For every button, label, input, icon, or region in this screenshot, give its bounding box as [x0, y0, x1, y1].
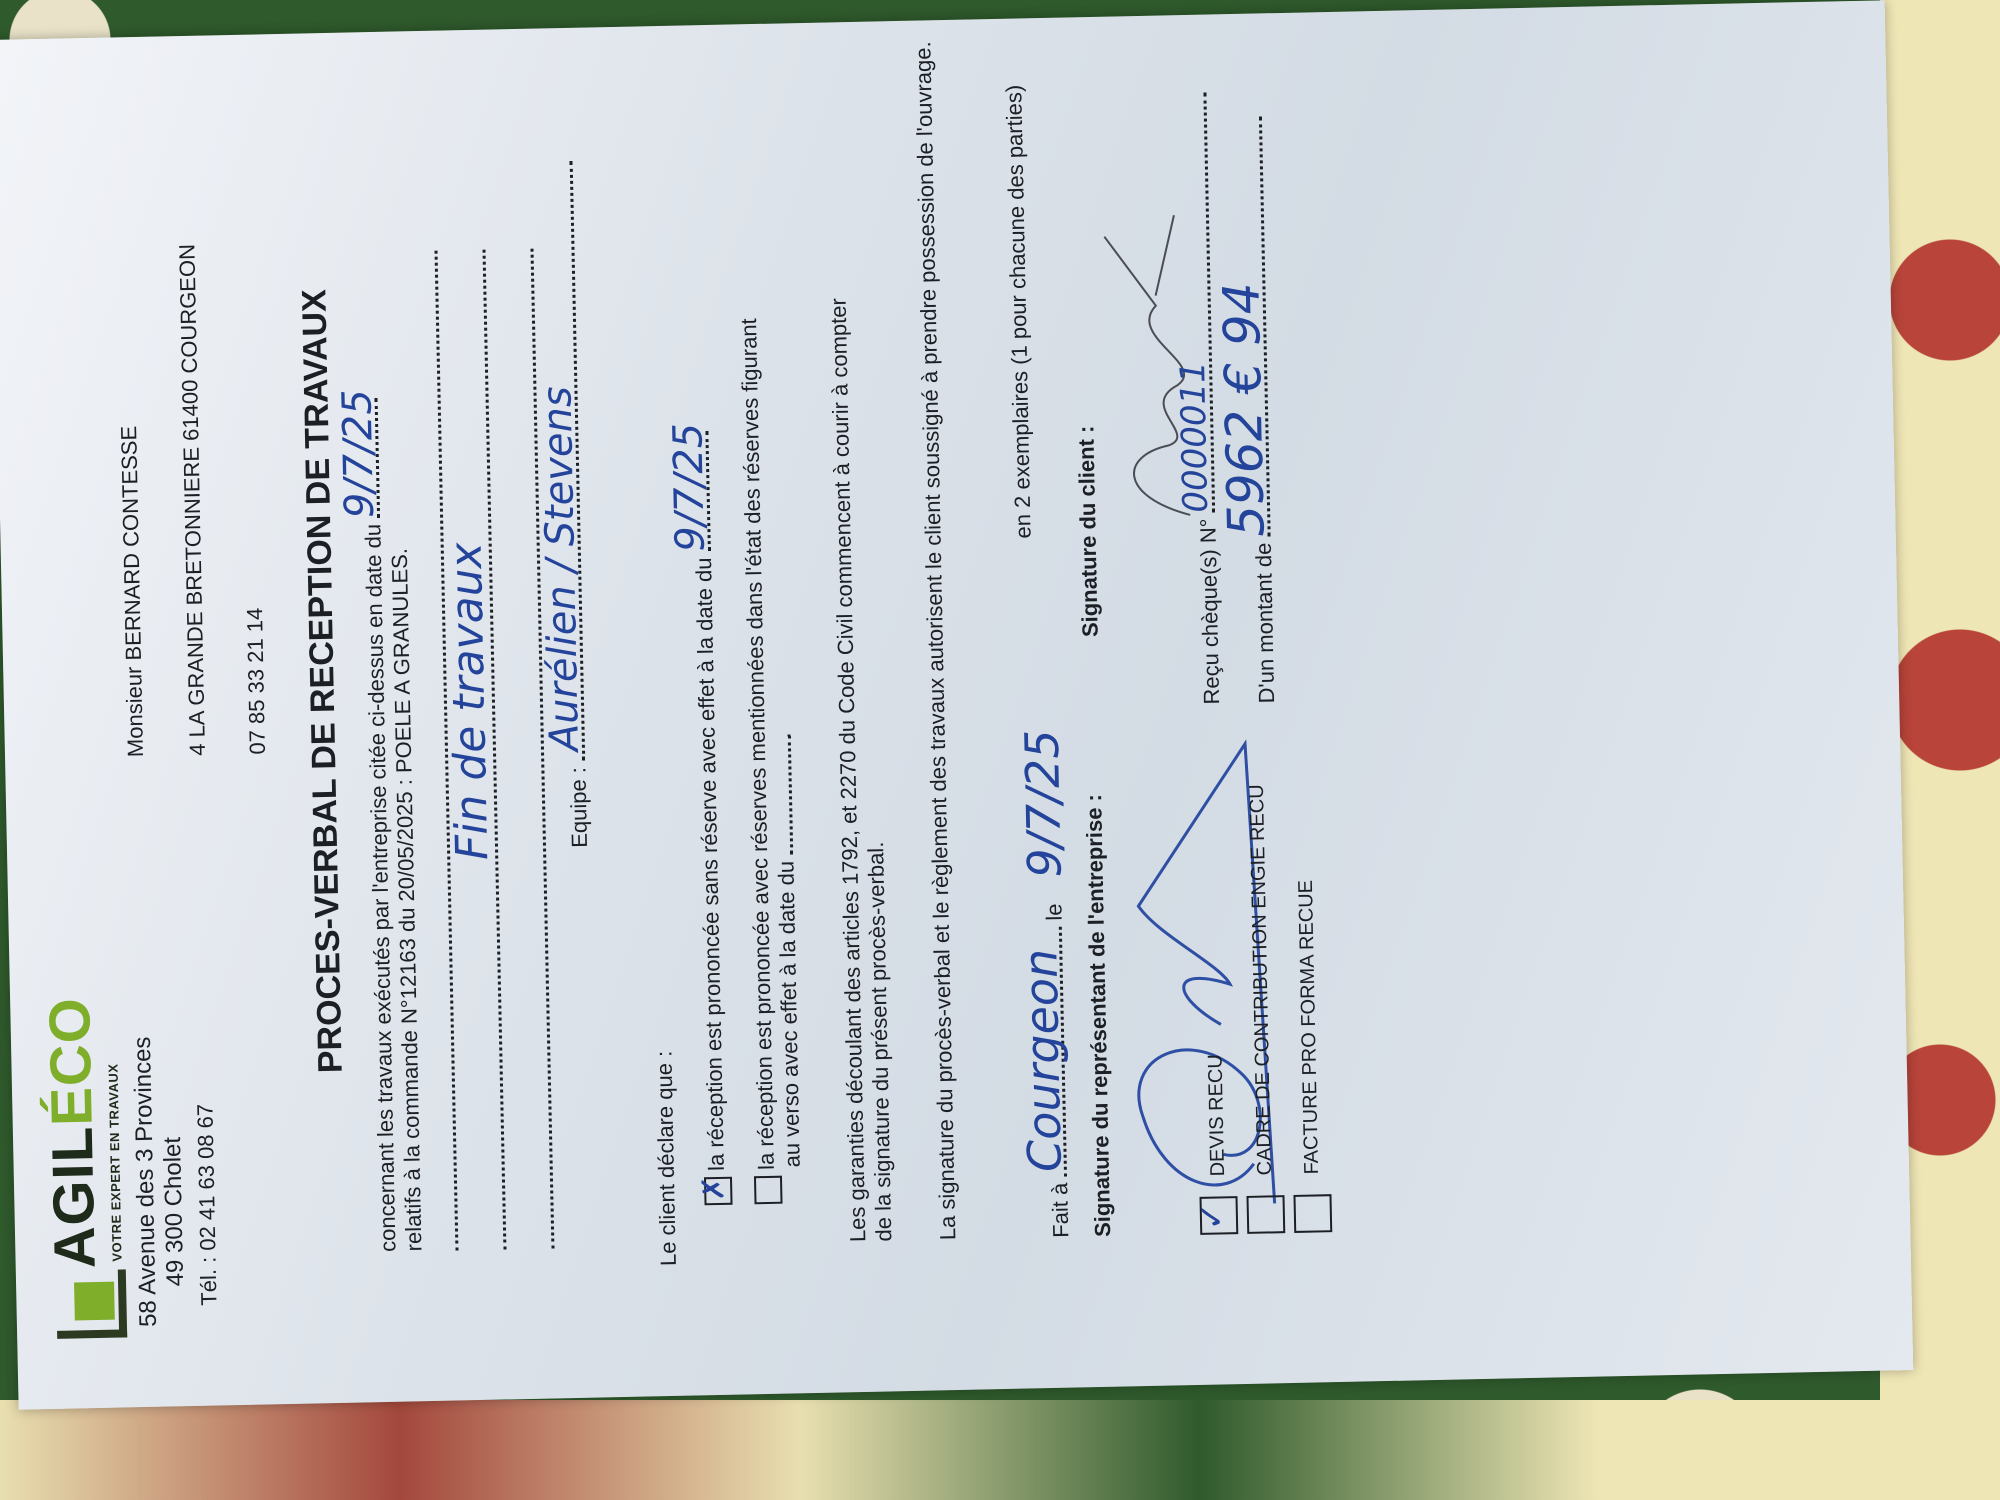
receipt-proforma-checkbox[interactable] — [1293, 1194, 1332, 1233]
receipt-devis-label: DEVIS RECU — [1204, 1054, 1229, 1177]
option-no-reserve-date-field: 9/7/25 — [705, 431, 711, 551]
client-declares-label: Le client déclare que : — [651, 1051, 682, 1267]
receipt-engie-label: CADRE DE CONTRIBUTION ENGIE RECU — [1246, 784, 1276, 1176]
receipt-devis: ✓ DEVIS RECU — [1197, 1054, 1239, 1235]
intro-date-field: 9/7/25 — [375, 398, 381, 518]
receipt-proforma-label: FACTURE PRO FORMA RECUE — [1295, 880, 1323, 1175]
document-page: AGILÉCO VOTRE EXPERT EN TRAVAUX 58 Avenu… — [0, 21, 1898, 1410]
amount-label: D'un montant de — [1251, 542, 1279, 703]
equipe-row: Equipe : Aurélien / Stevens — [553, 161, 593, 848]
logo-text-main: AGIL — [40, 1125, 108, 1269]
client-name: Monsieur BERNARD CONTESSE — [116, 426, 149, 758]
company-phone: Tél. : 02 41 63 08 67 — [192, 1104, 222, 1306]
option-no-reserve-checkbox[interactable]: ✗ — [704, 1177, 733, 1206]
company-tagline: VOTRE EXPERT EN TRAVAUX — [105, 1063, 124, 1261]
check-mark-icon: ✗ — [696, 1176, 732, 1202]
option-no-reserve-text: la réception est prononcée sans réserve … — [691, 557, 729, 1171]
signature-clause: La signature du procès-verbal et le règl… — [910, 41, 961, 1240]
tablecloth-edge — [0, 1400, 2000, 1500]
guarantee-line1: Les garanties découlant des articles 179… — [826, 298, 872, 1242]
fait-a-row: Fait à Courgeon le 9/7/25 — [1015, 729, 1080, 1239]
company-address-line1: 58 Avenue des 3 Provinces — [129, 1036, 163, 1327]
check-mark-icon: ✓ — [1192, 1202, 1233, 1231]
le-value: 9/7/25 — [1015, 729, 1072, 878]
equipe-label: Equipe : — [565, 767, 592, 848]
copies-text: en 2 exemplaires (1 pour chacune des par… — [1001, 85, 1036, 539]
client-address: 4 LA GRANDE BRETONNIERE 61400 COURGEON — [174, 244, 211, 756]
equipe-field: Aurélien / Stevens — [570, 161, 586, 761]
client-phone: 07 85 33 21 14 — [242, 607, 271, 754]
intro-date-value: 9/7/25 — [334, 389, 383, 519]
amount-row: D'un montant de 5962 € 94 — [1242, 116, 1280, 703]
option-no-reserve-date: 9/7/25 — [665, 422, 714, 552]
receipt-engie: CADRE DE CONTRIBUTION ENGIE RECU — [1238, 784, 1285, 1234]
amount-value: 5962 € 94 — [1212, 282, 1275, 538]
option-with-reserve-text-2: au verso avec effet à la date du — [773, 861, 804, 1168]
cheque-value: 0000011 — [1173, 361, 1216, 513]
fait-a-field: Courgeon — [1059, 927, 1067, 1177]
receipt-engie-checkbox[interactable] — [1246, 1195, 1285, 1234]
logo-text-accent: ÉCO — [37, 997, 105, 1127]
agileco-logo-icon — [56, 1269, 127, 1338]
amount-field: 5962 € 94 — [1259, 117, 1271, 537]
fait-a-label: Fait à — [1047, 1183, 1073, 1239]
le-label: le — [1041, 903, 1066, 921]
document-sheet: AGILÉCO VOTRE EXPERT EN TRAVAUX 58 Avenu… — [0, 0, 1913, 1409]
cheque-label: Reçu chèque(s) N° — [1195, 518, 1224, 705]
receipt-proforma: FACTURE PRO FORMA RECUE — [1287, 880, 1332, 1233]
company-address-line2: 49 300 Cholet — [159, 1137, 190, 1287]
fait-a-value: Courgeon — [1013, 948, 1072, 1172]
option-with-reserve-checkbox[interactable] — [754, 1176, 783, 1205]
option-with-reserve-date-field — [788, 735, 794, 855]
company-logo: AGILÉCO — [36, 997, 109, 1270]
option-no-reserve: ✗ la réception est prononcée sans réserv… — [688, 431, 732, 1205]
equipe-value: Aurélien / Stevens — [534, 386, 588, 752]
receipt-devis-checkbox[interactable]: ✓ — [1199, 1196, 1238, 1235]
